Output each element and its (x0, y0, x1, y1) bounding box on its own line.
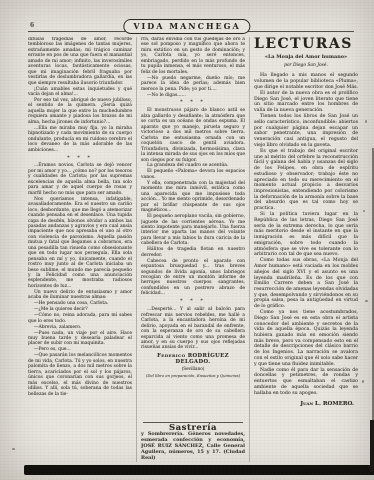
paragraph: —No puedo negarme, dueño mío; me parece … (141, 76, 245, 92)
column-rule (249, 37, 250, 462)
column-gutter (245, 37, 254, 462)
scan-speck (363, 210, 365, 212)
paragraph: Es que el trabajo del original escritor … (254, 149, 358, 212)
paragraph: Nos queríamos intensa, infatigable, avas… (28, 197, 132, 290)
paragraph: difusas tragedias de amor, recordé tembl… (28, 37, 132, 86)
column-middle: rra, darás envidia con tus guedejas de o… (141, 37, 245, 462)
scan-speck (365, 120, 367, 123)
scan-speck (365, 300, 368, 302)
column-rule (136, 37, 137, 462)
paragraph: Como ya nos tiene acostumbrados, Diego S… (254, 310, 358, 367)
section-separator: * * * (141, 299, 245, 304)
paragraph: Nadie como él para dar la sensación de d… (254, 368, 358, 397)
paragraph: Como todas sus obras, «La Monja del Amor… (254, 258, 358, 309)
paragraph: Ha llegado a mis manos el segundo volume… (254, 73, 358, 90)
paragraph: El autor de la nueva obra es el prolífic… (254, 91, 358, 114)
column-right: LECTURAS «La Monja del Amor humano» por … (254, 37, 358, 462)
paragraph: —He pensado una cosa, Carlota. (28, 301, 132, 306)
section-separator: * * * (141, 100, 245, 105)
paragraph: ¡Cuán amables estas inquietudes y qué va… (28, 87, 132, 98)
paragraph: Cabecea de pronto el aparato con espanto… (141, 259, 245, 297)
paragraph: El monstruoso pájaro de blanco astil se … (141, 108, 245, 163)
author-signature-note: (Sevillano) (141, 366, 245, 371)
paragraph: —No le digas...... (141, 93, 245, 98)
paragraph: Un nuevo delirio de entusiasmo y amor ac… (28, 290, 132, 301)
ad-body: y Sombrerería. Géneros novedades, esmera… (141, 432, 245, 462)
advertisement: Sastrería y Sombrerería. Géneros novedad… (141, 426, 245, 462)
scan-edge-bottom (24, 465, 374, 475)
scan-speck (12, 448, 15, 450)
paragraph: Tienen todos los libros de San José un s… (254, 114, 358, 148)
column-left: difusas tragedias de amor, recordé tembl… (28, 37, 132, 462)
paragraph: ...Desperté... Y al salir al balcón para… (141, 307, 245, 351)
article-byline: por Diego San José. (254, 63, 358, 69)
scan-speck (362, 380, 364, 383)
page-number: 6 (30, 22, 34, 29)
reviewer-signature: Juan L. ROMERO. (254, 402, 358, 408)
text-columns: difusas tragedias de amor, recordé tembl… (28, 37, 358, 462)
paragraph: Si la política tuviera lugar en la Repúb… (254, 212, 358, 258)
article-heading: LECTURAS (254, 37, 358, 52)
paragraph: Hálitos de tragedia flotan en nuestro de… (141, 247, 245, 258)
scanned-magazine-page: 6 VIDA MANCHEGA difusas tragedias de amo… (0, 0, 374, 480)
paragraph: —Abrevia, zalamero. (28, 325, 132, 330)
paragraph: Por eso tal vez, abrigué de nuevo jubilo… (28, 98, 132, 125)
paragraph: —Cómo no, reina adorada, para mí sabes q… (28, 313, 132, 324)
left-article-body: difusas tragedias de amor, recordé tembl… (28, 37, 132, 398)
paragraph: —Pues nada, un viaje por el aire. Hace m… (28, 331, 132, 347)
column-spacer (141, 379, 245, 419)
paragraph: rra, darás envidia con tus guedejas de o… (141, 37, 245, 75)
section-separator: * * * (28, 156, 132, 161)
article-subtitle: «La Monja del Amor humano» (254, 55, 358, 61)
author-signature: Federico RODRÍGUEZ DELGADO. (141, 354, 245, 365)
paragraph: ...Éramos novios, Carlota se dejó vencer… (28, 163, 132, 196)
paragraph: Y ella, compenetrada con la majestad del… (141, 181, 245, 214)
review-article-body: Ha llegado a mis manos el segundo volume… (254, 73, 358, 396)
paragraph: —Que pasarán los melancólicos momentos d… (28, 353, 132, 397)
paragraph: —¿Me la quieres decir? (28, 307, 132, 312)
paragraph: El pequeño «Paloma» devora los espacios … (141, 169, 245, 180)
column-gutter (132, 37, 141, 462)
masthead-title: VIDA MANCHEGA (123, 19, 250, 34)
paragraph: El pequeño aeroplano vacila, sin gobiern… (141, 214, 245, 247)
scan-edge-right-corner (370, 420, 374, 472)
paragraph: ...Ella me miraba muy fija, yo la miraba… (28, 126, 132, 153)
middle-article-body: rra, darás envidia con tus guedejas de o… (141, 37, 245, 351)
